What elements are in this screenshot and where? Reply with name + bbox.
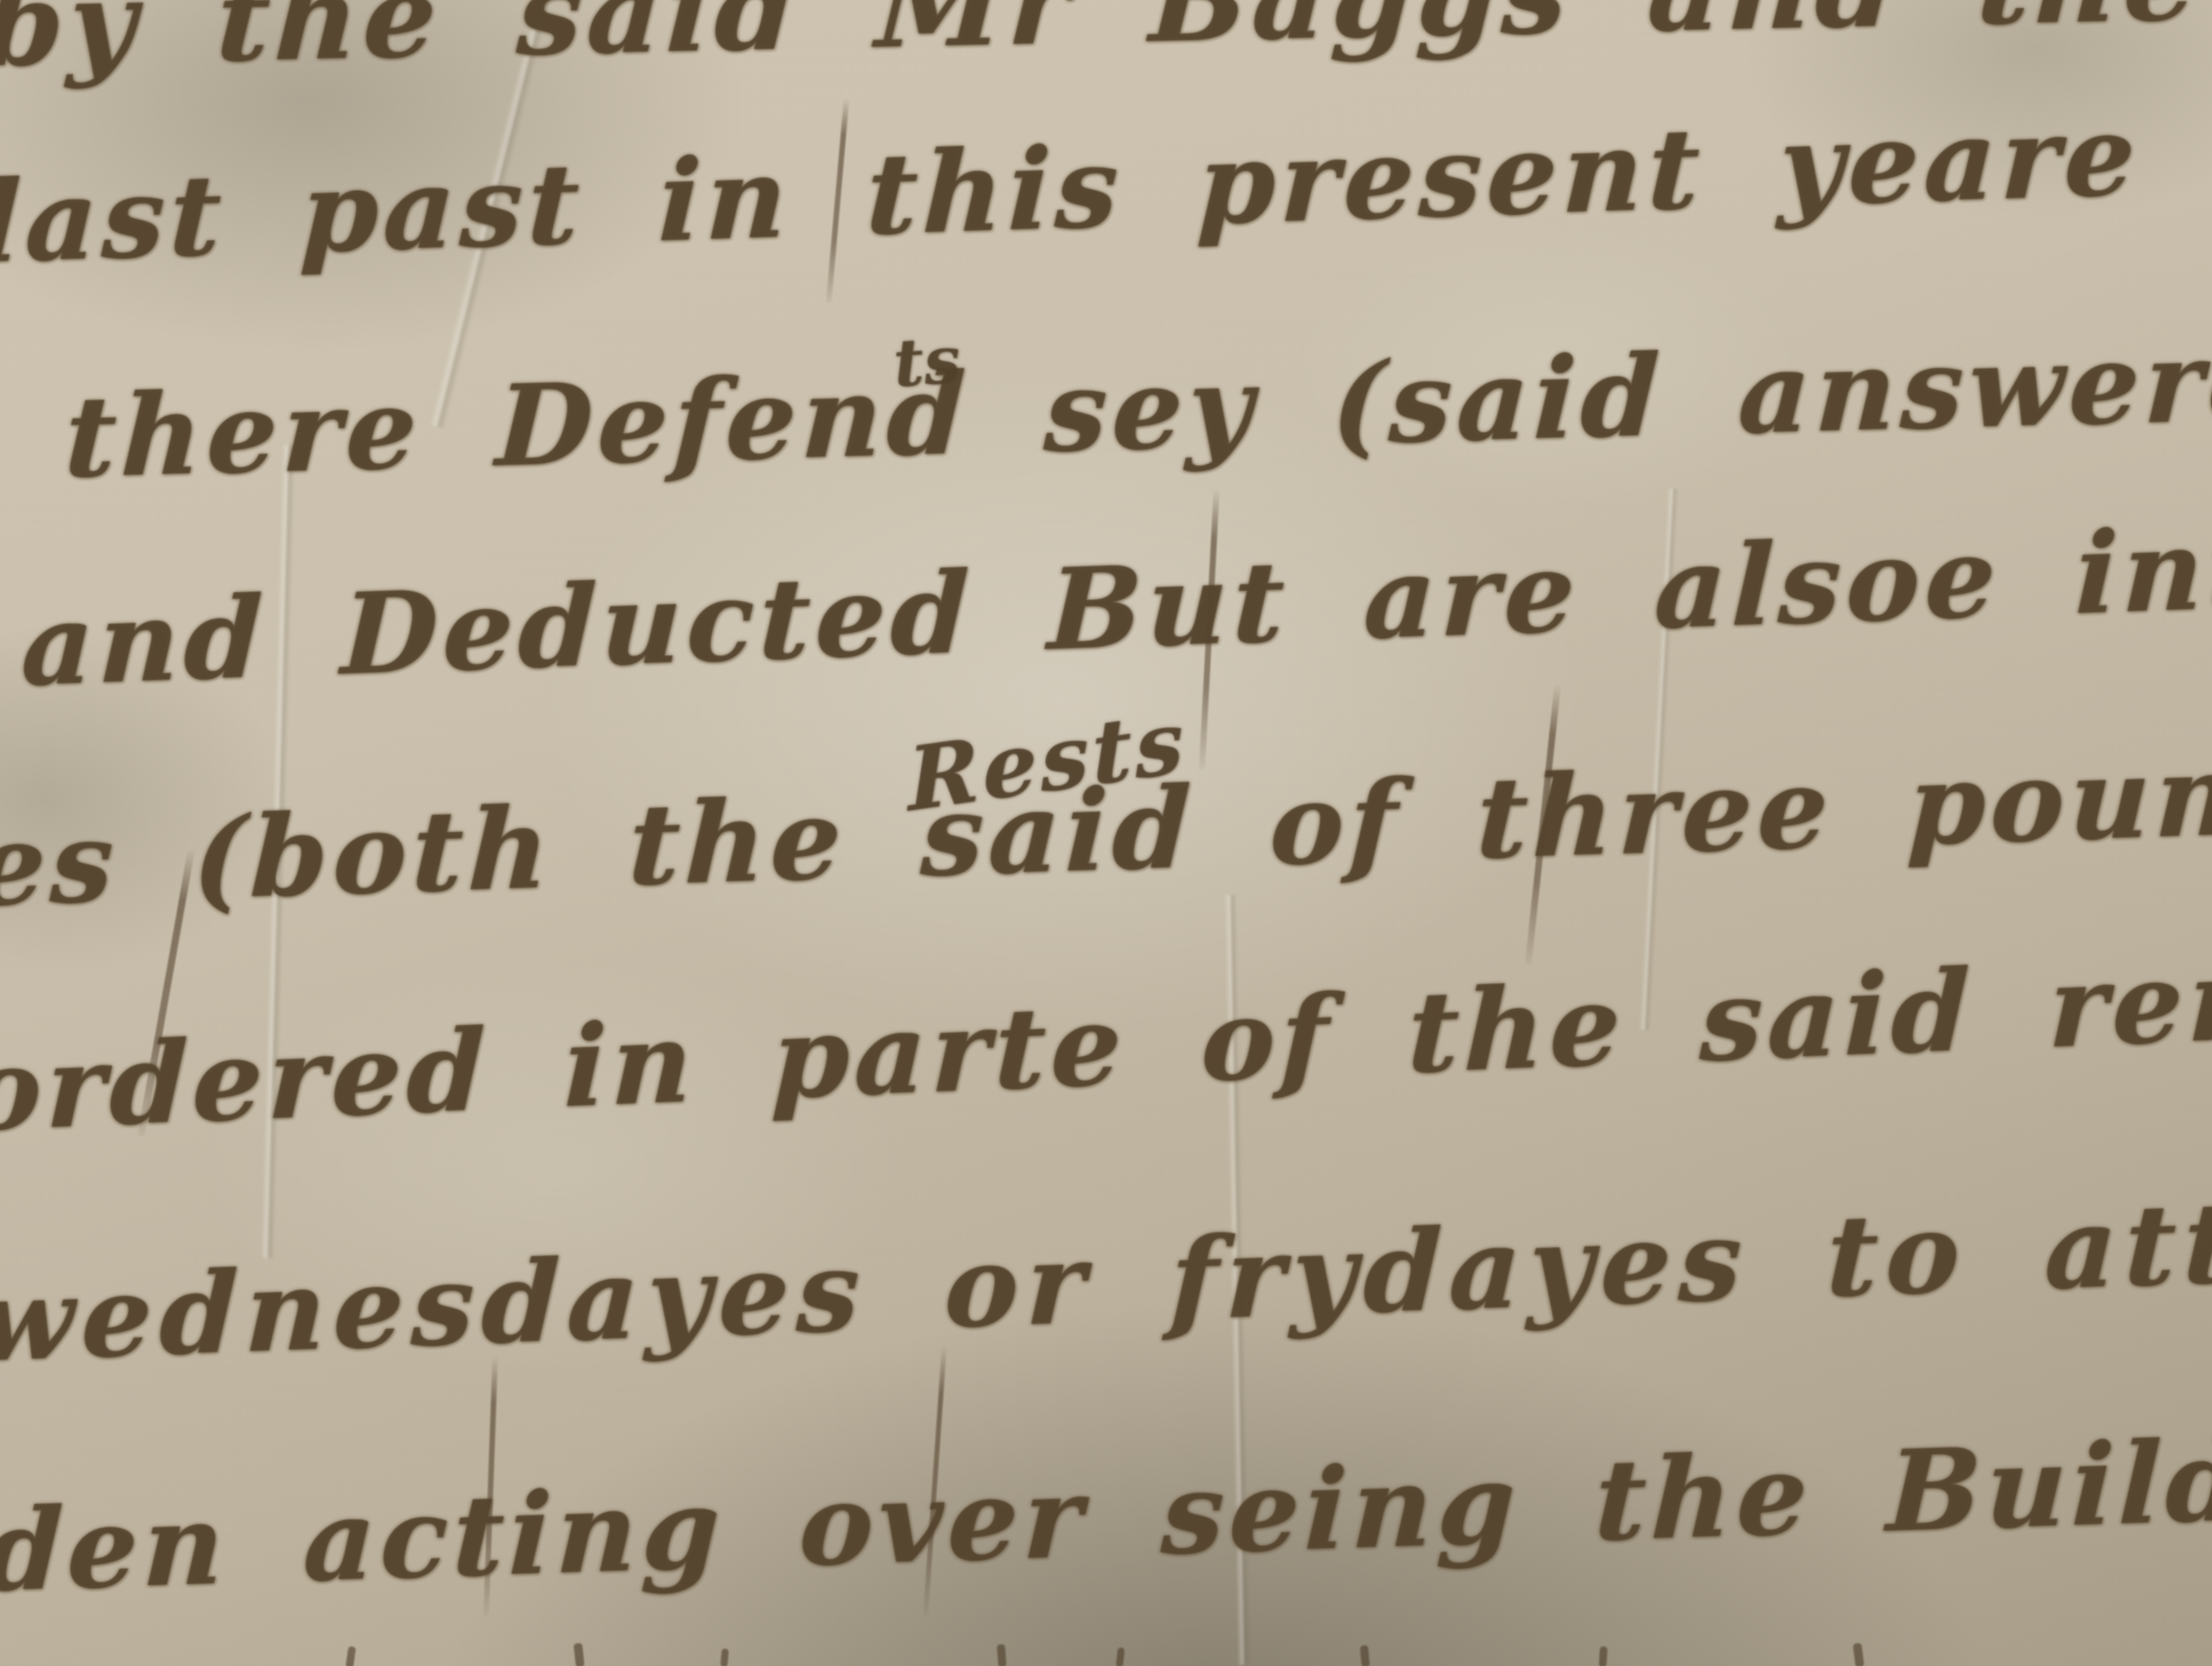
interlineation-ts: ts [891, 321, 963, 402]
manuscript-line-2: last past in this present yeare On [0, 82, 2212, 289]
manuscript-line-1: by the said Mr Baggs and the buildin [0, 0, 2212, 93]
letter-fragment [721, 1648, 729, 1666]
letter-fragment [1116, 1647, 1125, 1666]
letter-fragment [574, 1643, 585, 1666]
letter-fragment [345, 1646, 356, 1666]
manuscript-photo: by the said Mr Baggs and the buildin las… [0, 0, 2212, 1666]
manuscript-line-6: ordered in parte of the said rent o [0, 925, 2212, 1157]
manuscript-line-7: wednesdayes or frydayes to att [0, 1178, 2212, 1387]
letter-fragment [997, 1644, 1007, 1666]
letter-fragment [1360, 1645, 1369, 1666]
manuscript-line-3: there Defend sey (said answered [62, 313, 2212, 503]
manuscript-line-4: and Deducted But are alsoe inter [20, 498, 2212, 712]
manuscript-line-8: den acting over seing the Building [0, 1409, 2212, 1617]
letter-fragment [1599, 1646, 1608, 1666]
letter-fragment [1853, 1643, 1864, 1666]
cut-off-line-fragments [0, 1641, 2212, 1666]
